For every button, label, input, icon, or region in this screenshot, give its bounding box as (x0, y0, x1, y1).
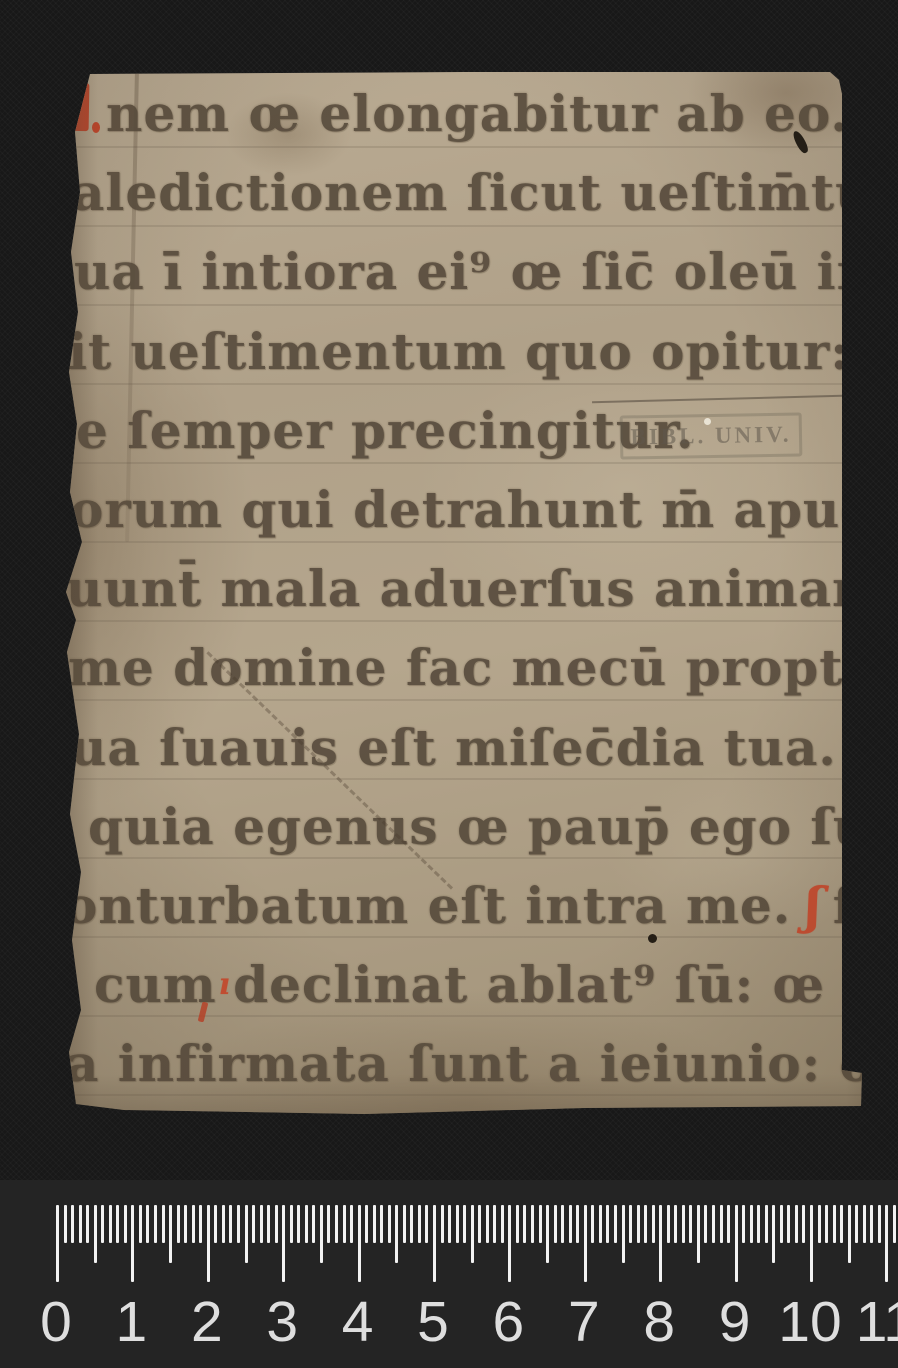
ruler-number: 8 (619, 1292, 699, 1352)
manuscript-fragment: nem œ elongabitur ab eo.aledictionem ſic… (64, 72, 866, 1114)
red-initial-dot (92, 122, 100, 133)
manuscript-text: nem œ elongabitur ab eo.aledictionem ſic… (64, 78, 866, 1107)
manuscript-line: aledictionem ſicut ueſtim̄tū: (64, 157, 866, 236)
library-stamp: BIBL. UNIV. (620, 412, 803, 459)
text-segment: onturbatum eſt intra me. (64, 876, 791, 935)
manuscript-line: quia egenus œ paup̄ ego ſum (64, 791, 866, 870)
ruler-number: 9 (695, 1292, 775, 1352)
rubric-mark: ʃ (805, 876, 823, 935)
ruler-number: 10 (770, 1292, 850, 1352)
ruler-number: 0 (16, 1292, 96, 1352)
text-segment: orum qui detrahunt m̄ apud d (70, 480, 898, 539)
text-segment: ua ſuauis eſt miſec̄dia tua. (70, 718, 837, 777)
ruler-number: 3 (242, 1292, 322, 1352)
manuscript-line: nem œ elongabitur ab eo. (64, 78, 866, 157)
manuscript-line: uunt̄ mala aduerſus animam (64, 553, 866, 632)
text-segment: declinat ablat⁹ ſū: œ excu (233, 955, 898, 1014)
text-segment: it ueſtimentum quo opitur: œ ſ (68, 322, 898, 381)
text-segment: a infirmata ſunt a ieiunio: œ (66, 1034, 892, 1093)
manuscript-line: me domine fac mecū propter (64, 632, 866, 711)
ruler-number: 2 (167, 1292, 247, 1352)
text-segment: nem œ elongabitur ab eo. (106, 84, 849, 143)
manuscript-line: onturbatum eſt intra me.ʃſic̄ (64, 870, 866, 949)
text-segment: quia egenus œ paup̄ ego ſum (88, 797, 898, 856)
ruler: 01234567891011 (0, 1180, 898, 1368)
red-initial-fragment (72, 83, 90, 131)
photo-scene: nem œ elongabitur ab eo.aledictionem ſic… (0, 0, 898, 1368)
text-segment: ua ī intiora ei⁹ œ ſic̄ oleū in oſſ (74, 242, 898, 301)
ruler-number: 11 (845, 1292, 898, 1352)
manuscript-line: ua ſuauis eſt miſec̄dia tua. (64, 712, 866, 791)
ruler-number: 5 (393, 1292, 473, 1352)
ruler-number: 6 (468, 1292, 548, 1352)
ink-fleck (648, 934, 657, 943)
text-segment: e ſemper precingitur. (76, 401, 694, 460)
manuscript-line: ua ī intiora ei⁹ œ ſic̄ oleū in oſſ (64, 236, 866, 315)
manuscript-line: cumıdeclinat ablat⁹ ſū: œ excu (64, 949, 866, 1028)
text-segment: ſic̄ (833, 876, 898, 935)
manuscript-line: a infirmata ſunt a ieiunio: œ (64, 1028, 866, 1107)
white-fleck (704, 418, 711, 425)
manuscript-line: it ueſtimentum quo opitur: œ ſ (64, 316, 866, 395)
text-segment: aledictionem ſicut ueſtim̄tū: (72, 163, 892, 222)
ruler-number: 1 (91, 1292, 171, 1352)
ruler-number: 4 (318, 1292, 398, 1352)
manuscript-line: orum qui detrahunt m̄ apud d (64, 474, 866, 553)
ruler-numbers: 01234567891011 (0, 1180, 898, 1368)
rubric-mark: ı (219, 967, 231, 1002)
ruler-number: 7 (544, 1292, 624, 1352)
text-segment: cum (94, 955, 217, 1014)
text-segment: uunt̄ mala aduerſus animam (66, 559, 886, 618)
text-segment: me domine fac mecū propter (68, 638, 898, 697)
